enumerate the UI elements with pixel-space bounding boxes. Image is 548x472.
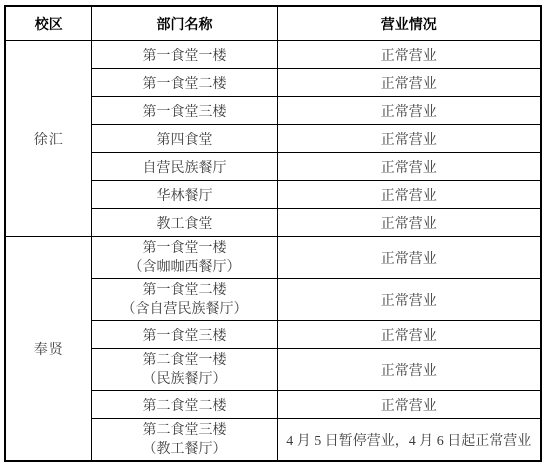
table-row: 奉贤 第一食堂一楼 （含咖咖西餐厅） 正常营业	[5, 237, 541, 279]
department-cell: 第一食堂三楼	[92, 321, 277, 349]
status-cell: 正常营业	[277, 321, 541, 349]
department-name-line: 第二食堂三楼	[94, 421, 274, 440]
department-cell: 第一食堂一楼	[92, 41, 277, 69]
page: 校区 部门名称 营业情况 徐汇 第一食堂一楼 正常营业 第一食堂二楼 正常营业 …	[0, 0, 548, 472]
status-cell: 正常营业	[277, 69, 541, 97]
header-department: 部门名称	[92, 6, 277, 41]
status-cell: 正常营业	[277, 391, 541, 419]
department-cell: 第二食堂一楼 （民族餐厅）	[92, 349, 277, 391]
status-cell: 正常营业	[277, 349, 541, 391]
department-cell: 自营民族餐厅	[92, 153, 277, 181]
campus-cell-fengxian: 奉贤	[5, 237, 92, 462]
status-cell: 正常营业	[277, 209, 541, 237]
header-campus: 校区	[5, 6, 92, 41]
department-cell: 第二食堂三楼 （教工餐厅）	[92, 419, 277, 462]
status-cell: 正常营业	[277, 97, 541, 125]
header-status: 营业情况	[277, 6, 541, 41]
table-row: 徐汇 第一食堂一楼 正常营业	[5, 41, 541, 69]
status-cell: 正常营业	[277, 279, 541, 321]
department-name-line: 第一食堂二楼	[94, 281, 274, 300]
campus-cell-xuhui: 徐汇	[5, 41, 92, 237]
department-cell: 第一食堂二楼 （含自营民族餐厅）	[92, 279, 277, 321]
dining-status-table: 校区 部门名称 营业情况 徐汇 第一食堂一楼 正常营业 第一食堂二楼 正常营业 …	[4, 5, 542, 462]
status-cell: 正常营业	[277, 153, 541, 181]
status-cell: 4 月 5 日暂停营业，4 月 6 日起正常营业	[277, 419, 541, 462]
department-cell: 华林餐厅	[92, 181, 277, 209]
status-cell: 正常营业	[277, 181, 541, 209]
department-cell: 教工食堂	[92, 209, 277, 237]
department-name-line: （民族餐厅）	[94, 370, 274, 389]
header-row: 校区 部门名称 营业情况	[5, 6, 541, 41]
department-name-line: （含自营民族餐厅）	[94, 300, 274, 319]
department-name-line: 第二食堂一楼	[94, 351, 274, 370]
department-cell: 第四食堂	[92, 125, 277, 153]
status-cell: 正常营业	[277, 125, 541, 153]
department-name-line: （含咖咖西餐厅）	[94, 258, 274, 277]
department-name-line: 第一食堂一楼	[94, 239, 274, 258]
department-cell: 第一食堂二楼	[92, 69, 277, 97]
status-cell: 正常营业	[277, 237, 541, 279]
department-name-line: （教工餐厅）	[94, 440, 274, 459]
department-cell: 第一食堂三楼	[92, 97, 277, 125]
department-cell: 第一食堂一楼 （含咖咖西餐厅）	[92, 237, 277, 279]
status-cell: 正常营业	[277, 41, 541, 69]
department-cell: 第二食堂二楼	[92, 391, 277, 419]
